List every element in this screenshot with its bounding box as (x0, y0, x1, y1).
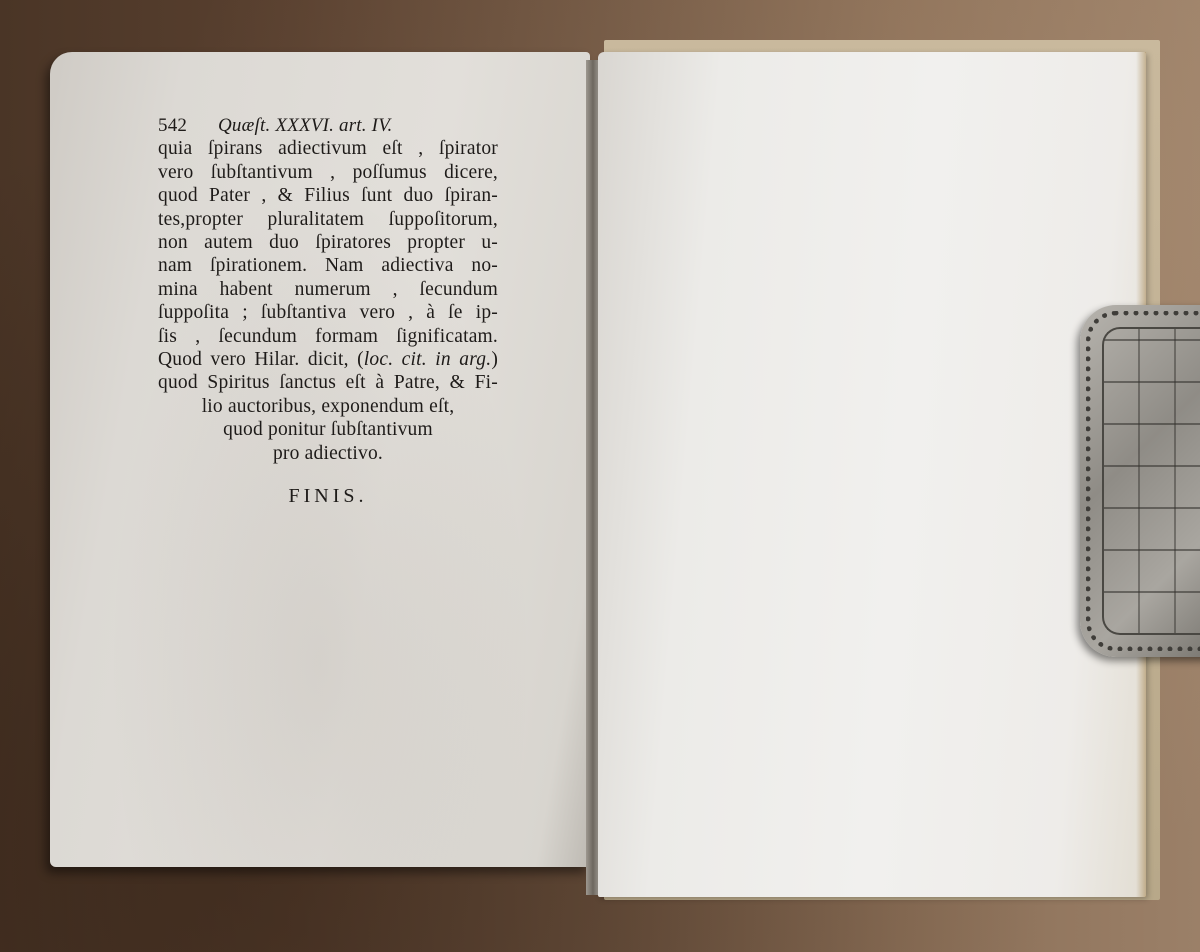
text-line: lio auctoribus, exponendum eſt, (158, 395, 498, 418)
text-line: quod ponitur ſubſtantivum (158, 418, 498, 441)
citation-suffix: ) (491, 349, 498, 370)
text-line: mina habent numerum , ſecundum (158, 278, 498, 301)
finis-label: FINIS. (158, 485, 498, 508)
right-page-blank (598, 52, 1146, 897)
text-line: non autem duo ſpiratores propter u- (158, 231, 498, 254)
metal-clasp-icon (1080, 305, 1200, 657)
page-text-block: 542 Quæſt. XXXVI. art. IV. quia ſpirans … (158, 114, 498, 509)
text-line: nam ſpirationem. Nam adiectiva no- (158, 254, 498, 277)
running-head-title: Quæſt. XXXVI. art. IV. (218, 115, 393, 136)
text-line: vero ſubſtantivum , poſſumus dicere, (158, 161, 498, 184)
text-line: quia ſpirans adiectivum eſt , ſpirator (158, 137, 498, 160)
text-line: pro adiectivo. (158, 442, 498, 465)
text-line-citation: Quod vero Hilar. dicit, (loc. cit. in ar… (158, 348, 498, 371)
text-line: ſuppoſita ; ſubſtantiva vero , à ſe ip- (158, 301, 498, 324)
citation-prefix: Quod vero Hilar. dicit, ( (158, 349, 364, 370)
clasp-relief (1102, 327, 1200, 635)
text-line: quod Spiritus ſanctus eſt à Patre, & Fi- (158, 371, 498, 394)
text-line: quod Pater , & Filius ſunt duo ſpiran- (158, 184, 498, 207)
citation-italic: loc. cit. in arg. (364, 349, 492, 370)
page-number: 542 (158, 114, 187, 137)
running-head: 542 Quæſt. XXXVI. art. IV. (158, 114, 498, 137)
text-line: tes,propter pluralitatem ſuppoſitorum, (158, 208, 498, 231)
text-line: ſis , ſecundum formam ſignificatam. (158, 325, 498, 348)
